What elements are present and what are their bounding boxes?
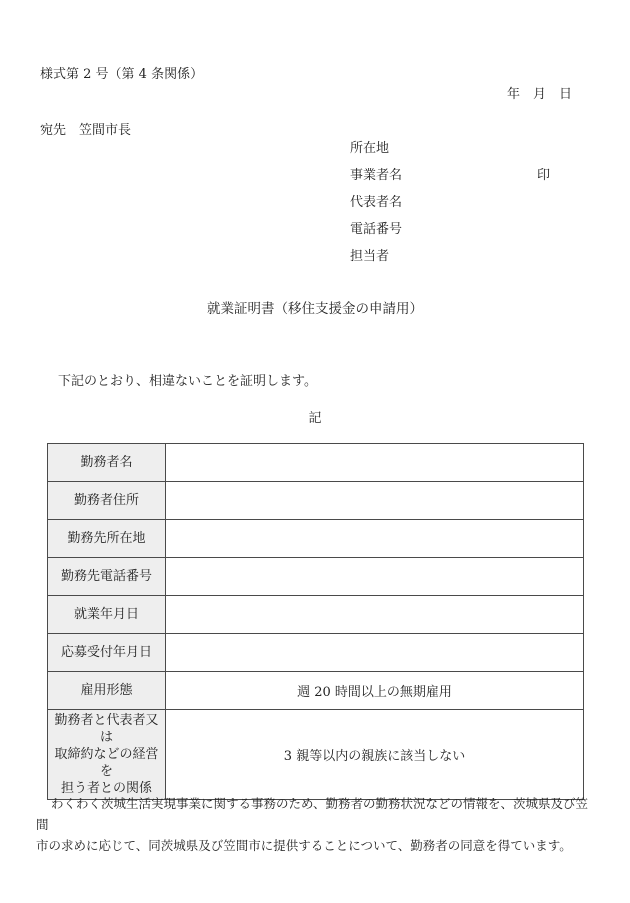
date-line: 年 月 日 <box>507 83 572 102</box>
row-label-workplace-location: 勤務先所在地 <box>48 520 166 558</box>
row-value-relationship: 3 親等以内の親族に該当しない <box>166 710 584 800</box>
sender-line-business-name: 事業者名 <box>350 162 402 189</box>
row-label-employment-date: 就業年月日 <box>48 596 166 634</box>
certify-statement: 下記のとおり、相違ないことを証明します。 <box>58 370 317 389</box>
sender-block: 所在地 事業者名 代表者名 電話番号 担当者 印 <box>350 135 402 270</box>
row-value-employment-type: 週 20 時間以上の無期雇用 <box>166 672 584 710</box>
table-row-workplace-location: 勤務先所在地 <box>48 520 584 558</box>
table-row-workplace-phone: 勤務先電話番号 <box>48 558 584 596</box>
consent-line-1: わくわく茨城生活実現事業に関する事務のため、勤務者の勤務状況などの情報を、茨城県… <box>36 793 596 835</box>
sender-line-contact-person: 担当者 <box>350 243 402 270</box>
row-value-employment-date <box>166 596 584 634</box>
row-value-worker-name <box>166 444 584 482</box>
table-row-employment-type: 雇用形態 週 20 時間以上の無期雇用 <box>48 672 584 710</box>
row-value-application-date <box>166 634 584 672</box>
table-row-worker-name: 勤務者名 <box>48 444 584 482</box>
addressee-line: 宛先 笠間市長 <box>40 119 131 138</box>
sender-line-location: 所在地 <box>350 135 402 162</box>
table-row-worker-address: 勤務者住所 <box>48 482 584 520</box>
row-label-worker-address: 勤務者住所 <box>48 482 166 520</box>
list-marker: 記 <box>0 407 630 426</box>
table-row-application-date: 応募受付年月日 <box>48 634 584 672</box>
row-label-workplace-phone: 勤務先電話番号 <box>48 558 166 596</box>
row-value-workplace-phone <box>166 558 584 596</box>
row-value-worker-address <box>166 482 584 520</box>
form-code-label: 様式第 2 号（第 4 条関係） <box>40 63 203 82</box>
sender-line-phone-number: 電話番号 <box>350 216 402 243</box>
employment-certificate-document: 様式第 2 号（第 4 条関係） 年 月 日 宛先 笠間市長 所在地 事業者名 … <box>0 0 630 903</box>
row-value-workplace-location <box>166 520 584 558</box>
seal-mark-label: 印 <box>537 162 550 189</box>
sender-line-representative-name: 代表者名 <box>350 189 402 216</box>
consent-line-2: 市の求めに応じて、同茨城県及び笠間市に提供することについて、勤務者の同意を得てい… <box>36 835 596 856</box>
document-title: 就業証明書（移住支援金の申請用） <box>0 297 630 317</box>
row-label-application-date: 応募受付年月日 <box>48 634 166 672</box>
consent-paragraph: わくわく茨城生活実現事業に関する事務のため、勤務者の勤務状況などの情報を、茨城県… <box>36 793 596 856</box>
employment-certificate-table: 勤務者名 勤務者住所 勤務先所在地 勤務先電話番号 就業年月日 応募受付年月日 … <box>47 443 584 800</box>
row-label-employment-type: 雇用形態 <box>48 672 166 710</box>
row-label-worker-name: 勤務者名 <box>48 444 166 482</box>
row-label-relationship: 勤務者と代表者又は 取締約などの経営を 担う者との関係 <box>48 710 166 800</box>
table-row-employment-date: 就業年月日 <box>48 596 584 634</box>
table-row-relationship: 勤務者と代表者又は 取締約などの経営を 担う者との関係 3 親等以内の親族に該当… <box>48 710 584 800</box>
